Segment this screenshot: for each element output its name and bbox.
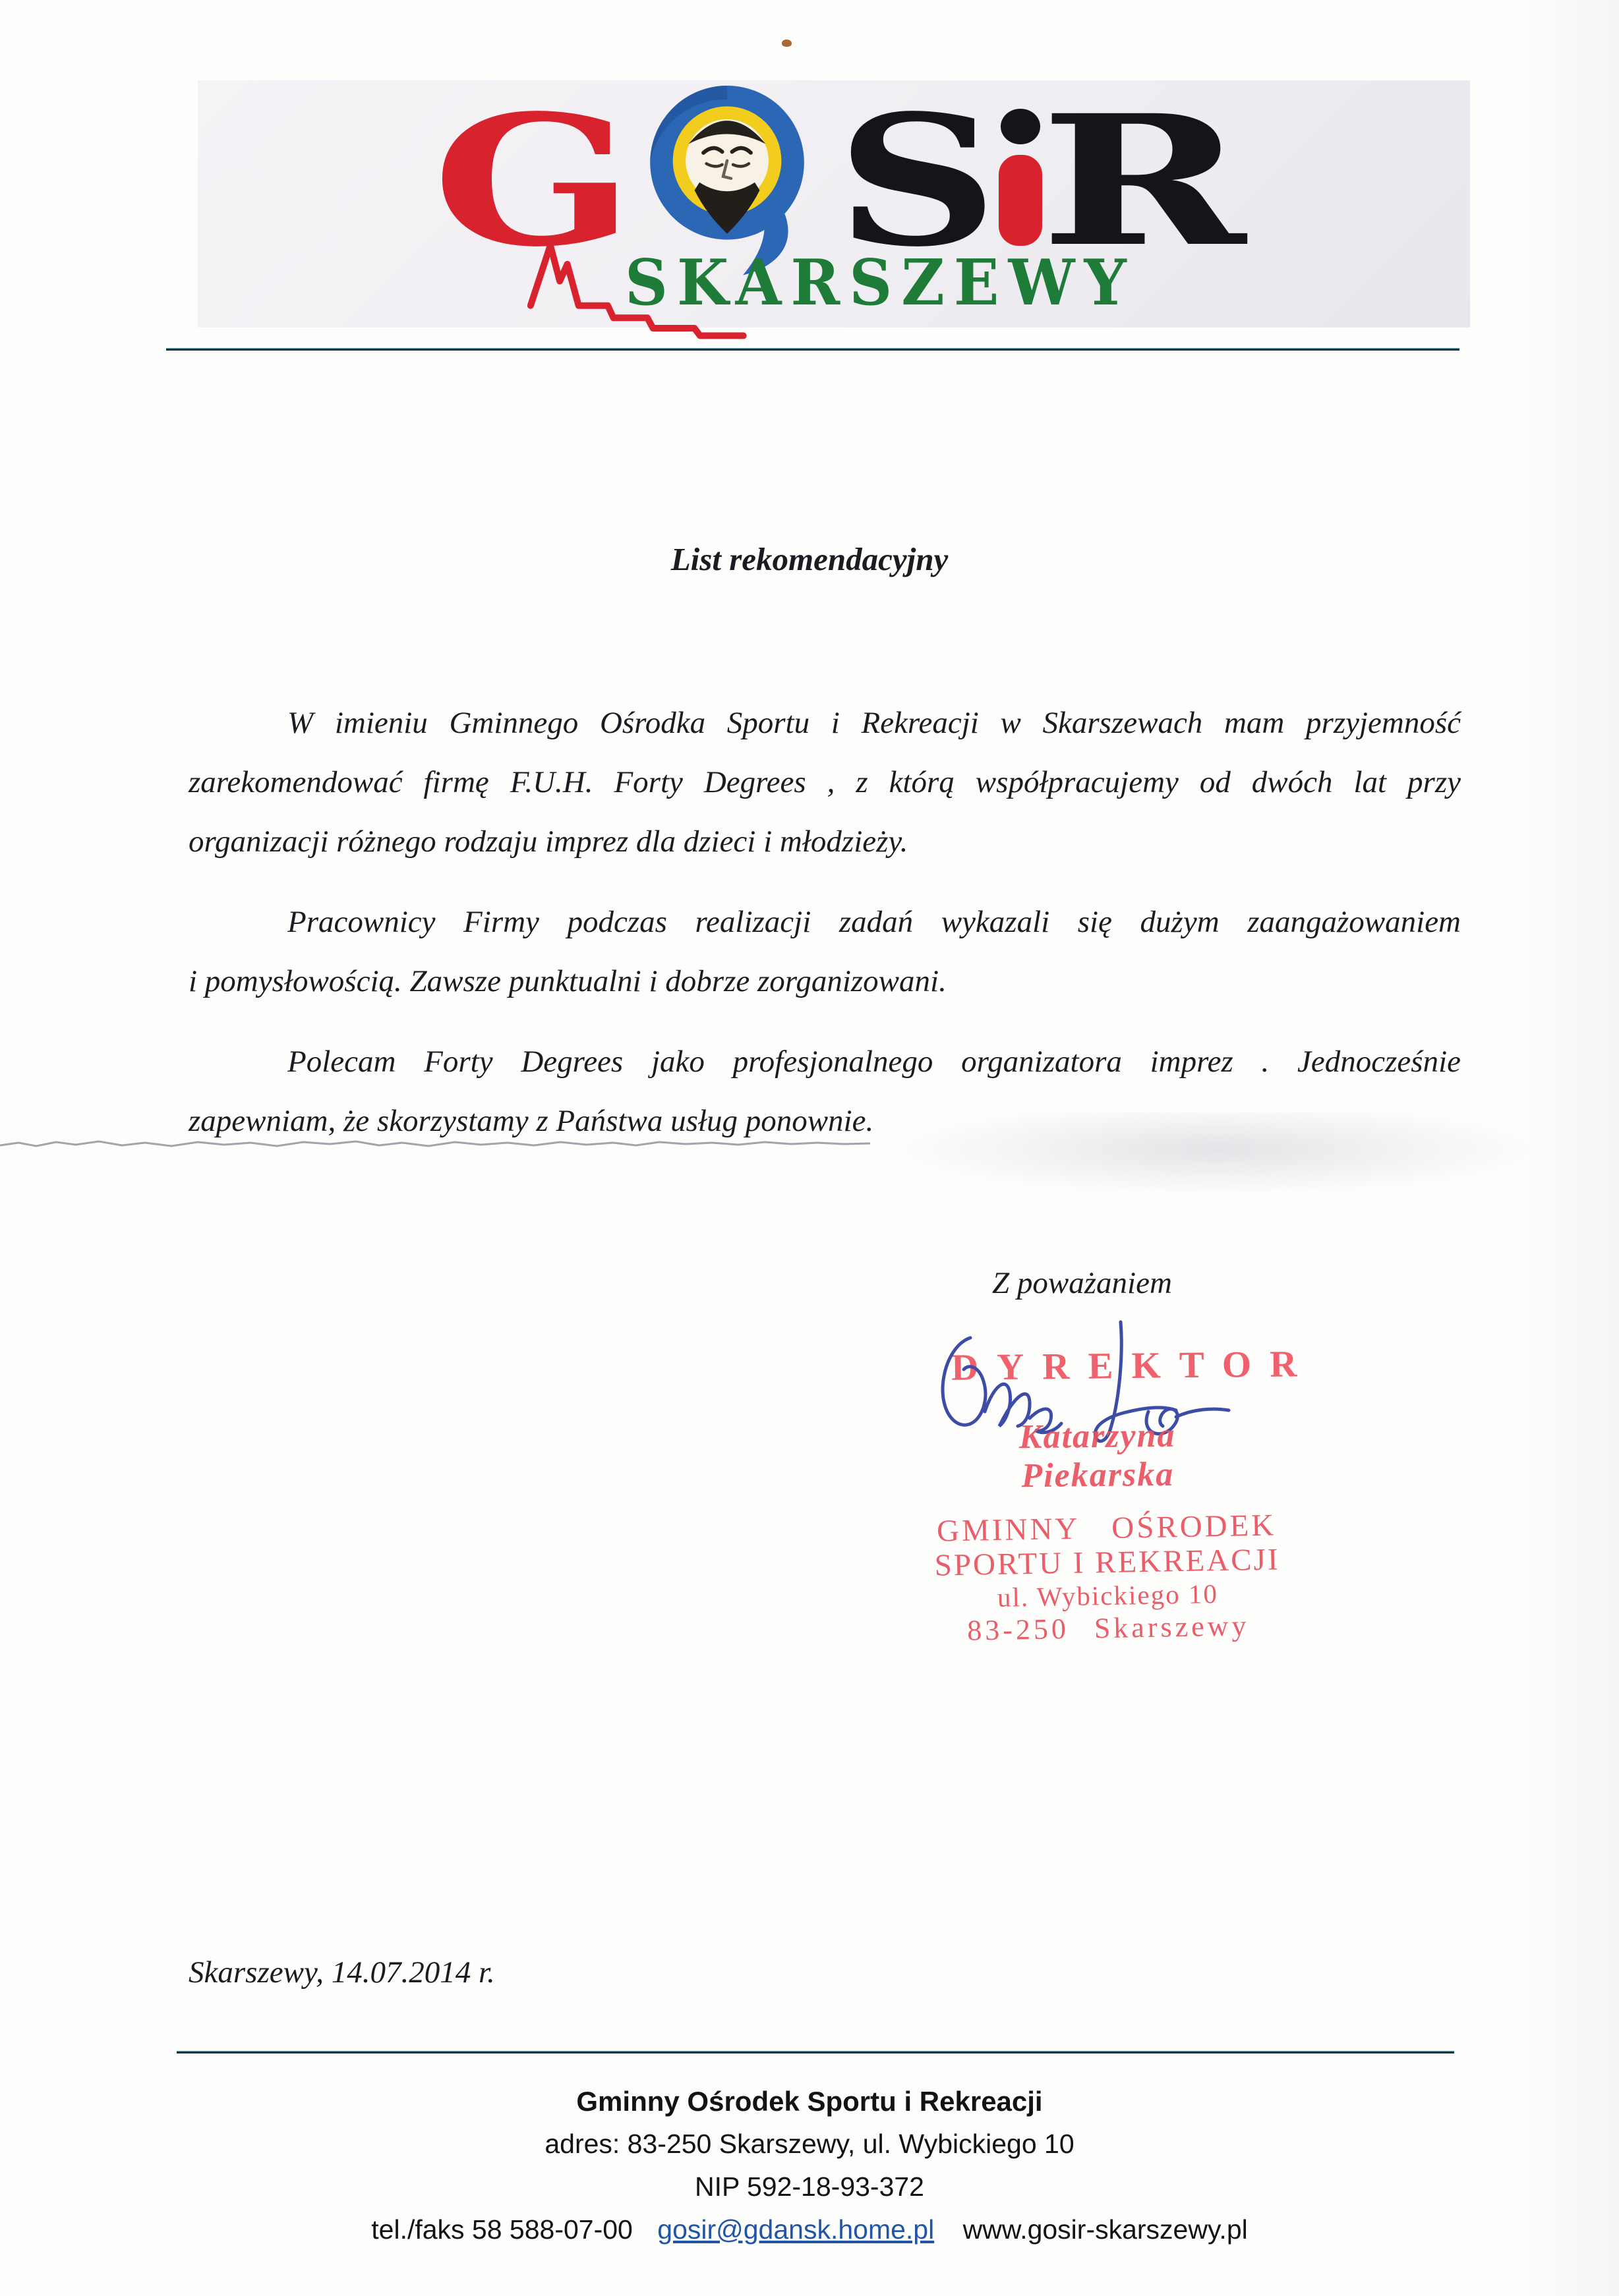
paragraph-2-line-1: Pracownicy Firmy podczas realizacji zada… <box>189 892 1461 952</box>
paragraph-3-line-1: Polecam Forty Degrees jako profesjonalne… <box>189 1032 1461 1091</box>
paragraph-2-line-2: i pomysłowością. Zawsze punktualni i dob… <box>189 952 1461 1011</box>
footer-email-link[interactable]: gosir@gdansk.home.pl <box>657 2214 934 2245</box>
gosir-logo-letters: G S R <box>198 92 1470 247</box>
logo-subtitle-skarszewy: SKARSZEWY <box>625 246 1136 320</box>
scanned-letter-page: G S R SK <box>0 0 1619 2296</box>
paragraph-2: Pracownicy Firmy podczas realizacji zada… <box>189 892 1461 1011</box>
paragraph-1-line-2: zarekomendować firmę F.U.H. Forty Degree… <box>189 753 1461 812</box>
footer-organization-name: Gminny Ośrodek Sportu i Rekreacji <box>0 2080 1619 2123</box>
org-stamp-line-4: 83-250 Skarszewy <box>920 1608 1297 1649</box>
letterhead-footer: Gminny Ośrodek Sportu i Rekreacji adres:… <box>0 2080 1619 2251</box>
organization-stamp: GMINNY OŚRODEK SPORTU I REKREACJI ul. Wy… <box>918 1508 1296 1649</box>
director-stamp-name: Katarzyna Piekarska <box>942 1416 1252 1497</box>
logo-letter-g: G <box>432 117 634 247</box>
logo-letter-s: S <box>836 117 998 247</box>
logo-letter-i <box>999 109 1042 246</box>
paragraph-3-line-2: zapewniam, że skorzystamy z Państwa usłu… <box>189 1091 1461 1151</box>
footer-website: www.gosir-skarszewy.pl <box>963 2214 1248 2245</box>
paragraph-1: W imieniu Gminnego Ośrodka Sportu i Rekr… <box>189 693 1461 871</box>
paragraph-3: Polecam Forty Degrees jako profesjonalne… <box>189 1032 1461 1151</box>
place-and-date: Skarszewy, 14.07.2014 r. <box>189 1955 495 1990</box>
footer-address: adres: 83-250 Skarszewy, ul. Wybickiego … <box>0 2123 1619 2166</box>
scan-speck <box>782 40 792 47</box>
footer-phone: tel./faks 58 588-07-00 <box>371 2214 633 2245</box>
footer-divider-line <box>177 2051 1454 2053</box>
logo-letter-r: R <box>1040 117 1246 247</box>
paragraph-1-line-3: organizacji różnego rodzaju imprez dla d… <box>189 812 1461 871</box>
gosir-logo: G S R SK <box>198 80 1470 328</box>
letter-body: W imieniu Gminnego Ośrodka Sportu i Rekr… <box>189 693 1461 1172</box>
closing-phrase: Z poważaniem <box>992 1265 1172 1301</box>
footer-contact-line: tel./faks 58 588-07-00 gosir@gdansk.home… <box>0 2208 1619 2251</box>
logo-letter-i-stem <box>999 155 1042 246</box>
logo-letter-i-dot <box>1001 109 1040 144</box>
document-title: List rekomendacyjny <box>0 540 1619 578</box>
paragraph-1-line-1: W imieniu Gminnego Ośrodka Sportu i Rekr… <box>189 693 1461 753</box>
footer-nip: NIP 592-18-93-372 <box>0 2166 1619 2208</box>
org-stamp-line-2: SPORTU I REKREACJI <box>919 1542 1295 1583</box>
header-divider-line <box>166 348 1459 351</box>
